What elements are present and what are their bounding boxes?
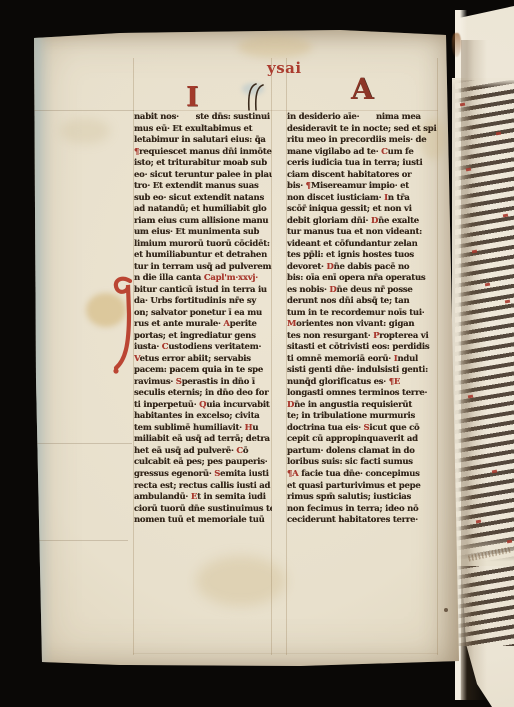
text-line: on; salvator ponetur ī ea mu (134, 308, 272, 320)
text-line: tes non resurgant· Propterea vi (287, 331, 438, 343)
text-line: riam eius cum allisione manu (134, 216, 272, 228)
text-line: sitasti et cōtrivisti eos: perdidis (287, 342, 438, 354)
text-line: tur in terram usq̄ ad pulverem· (134, 262, 272, 274)
text-line: doctrina tua eis· Sicut que cō (287, 423, 438, 435)
text-line: ceris iudicia tua in terra; iusti (287, 158, 438, 170)
text-line: ¶A facie tua dn̄e· concepimus (287, 469, 438, 481)
crease (34, 110, 134, 111)
text-line: rimus spm̄ salutis; iusticias (287, 492, 438, 504)
text-line: recta est; rectus callis iusti ad (134, 481, 272, 493)
running-title: ysai (267, 59, 302, 77)
text-line: eo· sicut teruntur palee in plaus (134, 170, 272, 182)
text-line: gressus egenorū· Semita iusti (134, 469, 272, 481)
text-line: tum in te recordemur noīs tui· (287, 308, 438, 320)
text-line: es nobis· Dn̄e deus nr̄ posse (287, 285, 438, 297)
text-line: n die illa canta Capl'm·xxvj· (134, 273, 272, 285)
left-page: ysai I A nabit nos· ste dn̄s: sustinuimu… (0, 0, 514, 707)
text-line: nabit nos· ste dn̄s: sustinui (134, 112, 272, 124)
text-column-left: nabit nos· ste dn̄s: sustinuimus eū· Et… (134, 112, 272, 528)
text-line: scōr̄ iniqua gessit; et non vi (287, 204, 438, 216)
text-line: het eā usq̄ ad pulverē· Cō (134, 446, 272, 458)
text-line: ti omnē memoriā eorū· Indul (287, 354, 438, 366)
ruling-line (133, 653, 438, 654)
text-line: ritu meo in precordiis meis· de (287, 135, 438, 147)
text-line: tur manus tua et non videant: (287, 227, 438, 239)
text-line: ciorū tuorū dn̄e sustinuimus te· (134, 504, 272, 516)
text-line: limium murorū tuorū cōcidēt: (134, 239, 272, 251)
text-line: ambulandū· Et in semita iudi (134, 492, 272, 504)
text-line: da· Urbs fortitudinis nr̄e sy (134, 296, 272, 308)
text-column-right: in desiderio aīe· nima meadesideravit t… (287, 112, 438, 528)
text-line: loribus suis: sic facti sumus (287, 457, 438, 469)
gutter-shadow (461, 40, 487, 700)
text-line: tes pp̄li: et ignis hostes tuos (287, 250, 438, 262)
text-line: ceciderunt habitatores terre· (287, 515, 438, 527)
text-line: tem sublimē humiliavit· Hu (134, 423, 272, 435)
text-line: Vetus error abiit; servabis (134, 354, 272, 366)
text-line: Morientes non vivant: gigan (287, 319, 438, 331)
stain-drip (452, 33, 461, 57)
manuscript-photo: ysai I A nabit nos· ste dn̄s: sustinuimu… (0, 0, 514, 707)
text-line: derunt nos dn̄i absq̄ te; tan (287, 296, 438, 308)
text-line: ¶requiescet manus dn̄i inmōte (134, 147, 272, 159)
crease (36, 443, 132, 444)
text-line: seculis eternis; in dn̄o deo for (134, 388, 272, 400)
text-line: tro· Et extendit manus suas (134, 181, 272, 193)
text-line: Dn̄e in angustia requisierūt (287, 400, 438, 412)
text-line: miliabit eā usq̄ ad terrā; detra (134, 434, 272, 446)
text-line: et quasi parturivimus et pepe (287, 481, 438, 493)
text-line: habitantes in excelso; civita (134, 411, 272, 423)
text-line: videant et cōfundantur zelan (287, 239, 438, 251)
page-edge-tint (33, 34, 55, 664)
text-line: ciam discent habitatores or (287, 170, 438, 182)
text-line: non fecimus in terra; ideo nō (287, 504, 438, 516)
text-line: nomen tuū et memoriale tuū (134, 515, 272, 527)
text-line: sisti genti dn̄e· indulsisti genti: (287, 365, 438, 377)
text-line: bis: oīa enī opera nr̄a operatus (287, 273, 438, 285)
ink-fleck (444, 608, 448, 612)
text-line: portas; et ingrediatur gens (134, 331, 272, 343)
text-line: ad natandū; et humiliabit glo (134, 204, 272, 216)
text-line: in desiderio aīe· nima mea (287, 112, 438, 124)
text-line: rus et ante murale· Aperite (134, 319, 272, 331)
text-line: ravimus· Sperastis in dn̄o ī (134, 377, 272, 389)
text-line: mane vigilabo ad te· Cum fe (287, 147, 438, 159)
text-line: iusta· Custodiens veritatem· (134, 342, 272, 354)
text-line: um eius· Et munimenta sub (134, 227, 272, 239)
text-line: sub eo· sicut extendit natans (134, 193, 272, 205)
text-line: debit gloriam dn̄i· Dn̄e exalte (287, 216, 438, 228)
initial-iste: I (186, 84, 199, 111)
text-line: pacem: pacem quia in te spe (134, 365, 272, 377)
text-line: partum· dolens clamat in do (287, 446, 438, 458)
text-line: bitur canticū istud in terra iu (134, 285, 272, 297)
text-line: culcabit eā pes; pes pauperis· (134, 457, 272, 469)
text-line: et humiliabuntur et detrahen (134, 250, 272, 262)
text-line: mus eū· Et exultabimus et (134, 124, 272, 136)
text-line: cepit cū appropinquaverit ad (287, 434, 438, 446)
stain (196, 556, 286, 606)
text-line: isto; et triturabitur moab sub (134, 158, 272, 170)
text-line: te; in tribulatione murmuris (287, 411, 438, 423)
text-line: ti inperpetuū· Quia incurvabit (134, 400, 272, 412)
text-line: letabimur in salutari eius: q̄a (134, 135, 272, 147)
stain (238, 36, 312, 58)
stain (60, 118, 110, 144)
text-line: desideravit te in nocte; sed et spi (287, 124, 438, 136)
text-line: non discet iusticiam· In tr̄a (287, 193, 438, 205)
ruling-line (133, 110, 438, 111)
text-line: devoret· Dn̄e dabis pacē no (287, 262, 438, 274)
ascender-flourish (244, 82, 266, 112)
text-line: bis· ¶Misereamur impio· et (287, 181, 438, 193)
text-line: longasti omnes terminos terre· (287, 388, 438, 400)
initial-anima: A (351, 75, 374, 104)
crease (38, 540, 128, 541)
text-line: nunq̄d glorificatus es· ¶E (287, 377, 438, 389)
